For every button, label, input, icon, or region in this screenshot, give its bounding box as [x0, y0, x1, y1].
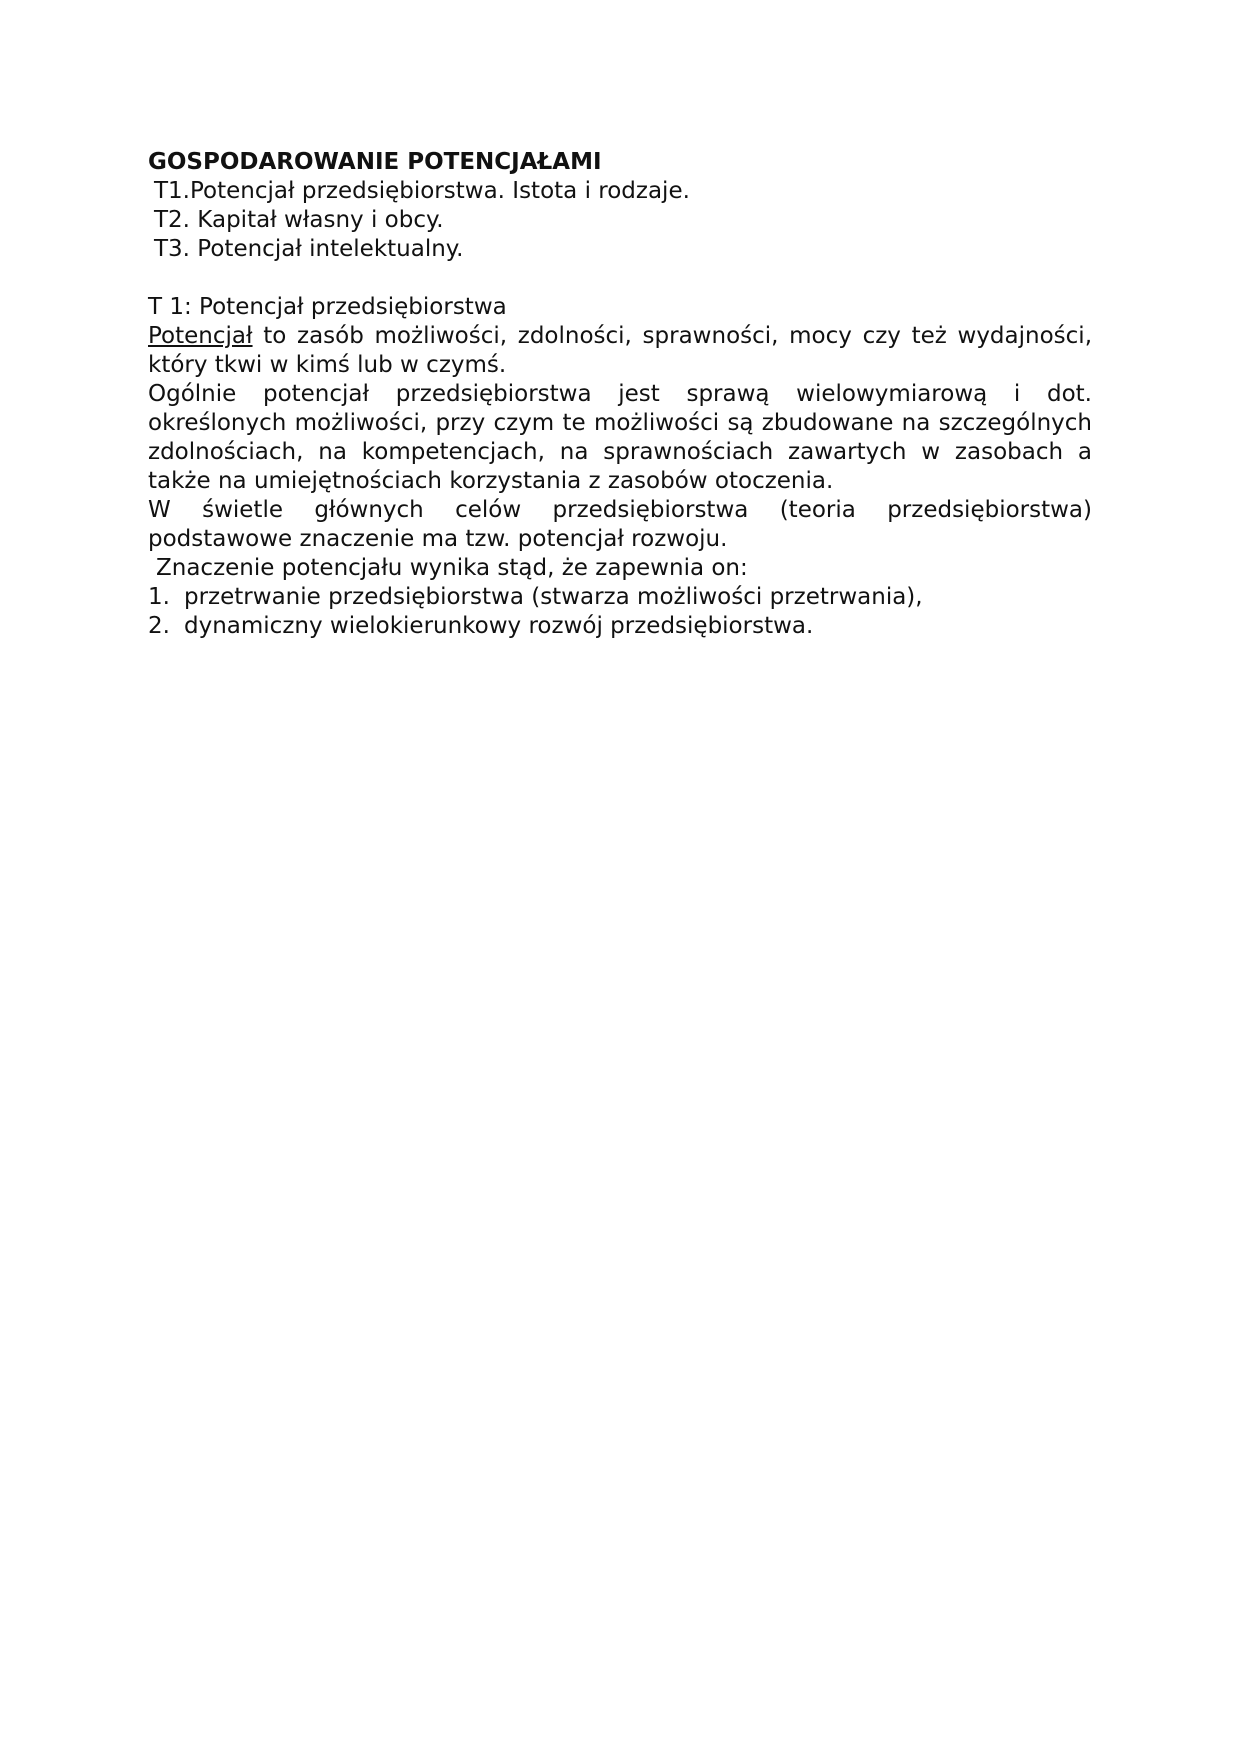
list-item: 1.przetrwanie przedsiębiorstwa (stwarza …: [148, 583, 1092, 612]
list-number: 1.: [148, 583, 184, 612]
section-heading: T 1: Potencjał przedsiębiorstwa: [148, 293, 1092, 322]
list-item: 2.dynamiczny wielokierunkowy rozwój prze…: [148, 612, 1092, 641]
paragraph: W świetle głównych celów przedsiębiorstw…: [148, 496, 1092, 554]
blank-line: [148, 264, 1092, 293]
outline-item: T1.Potencjał przedsiębiorstwa. Istota i …: [148, 177, 1092, 206]
list-number: 2.: [148, 612, 184, 641]
document-title: GOSPODAROWANIE POTENCJAŁAMI: [148, 148, 1092, 177]
list-intro: Znaczenie potencjału wynika stąd, że zap…: [148, 554, 1092, 583]
list-text: przetrwanie przedsiębiorstwa (stwarza mo…: [184, 583, 923, 612]
paragraph: Ogólnie potencjał przedsiębiorstwa jest …: [148, 380, 1092, 496]
document-page: GOSPODAROWANIE POTENCJAŁAMI T1.Potencjał…: [148, 148, 1092, 641]
outline-item: T3. Potencjał intelektualny.: [148, 235, 1092, 264]
definition-term: Potencjał: [148, 323, 253, 349]
list-text: dynamiczny wielokierunkowy rozwój przeds…: [184, 612, 813, 641]
numbered-list: 1.przetrwanie przedsiębiorstwa (stwarza …: [148, 583, 1092, 641]
definition-text: to zasób możliwości, zdolności, sprawnoś…: [148, 323, 1092, 378]
topic-outline: T1.Potencjał przedsiębiorstwa. Istota i …: [148, 177, 1092, 264]
definition-paragraph: Potencjał to zasób możliwości, zdolności…: [148, 322, 1092, 380]
outline-item: T2. Kapitał własny i obcy.: [148, 206, 1092, 235]
